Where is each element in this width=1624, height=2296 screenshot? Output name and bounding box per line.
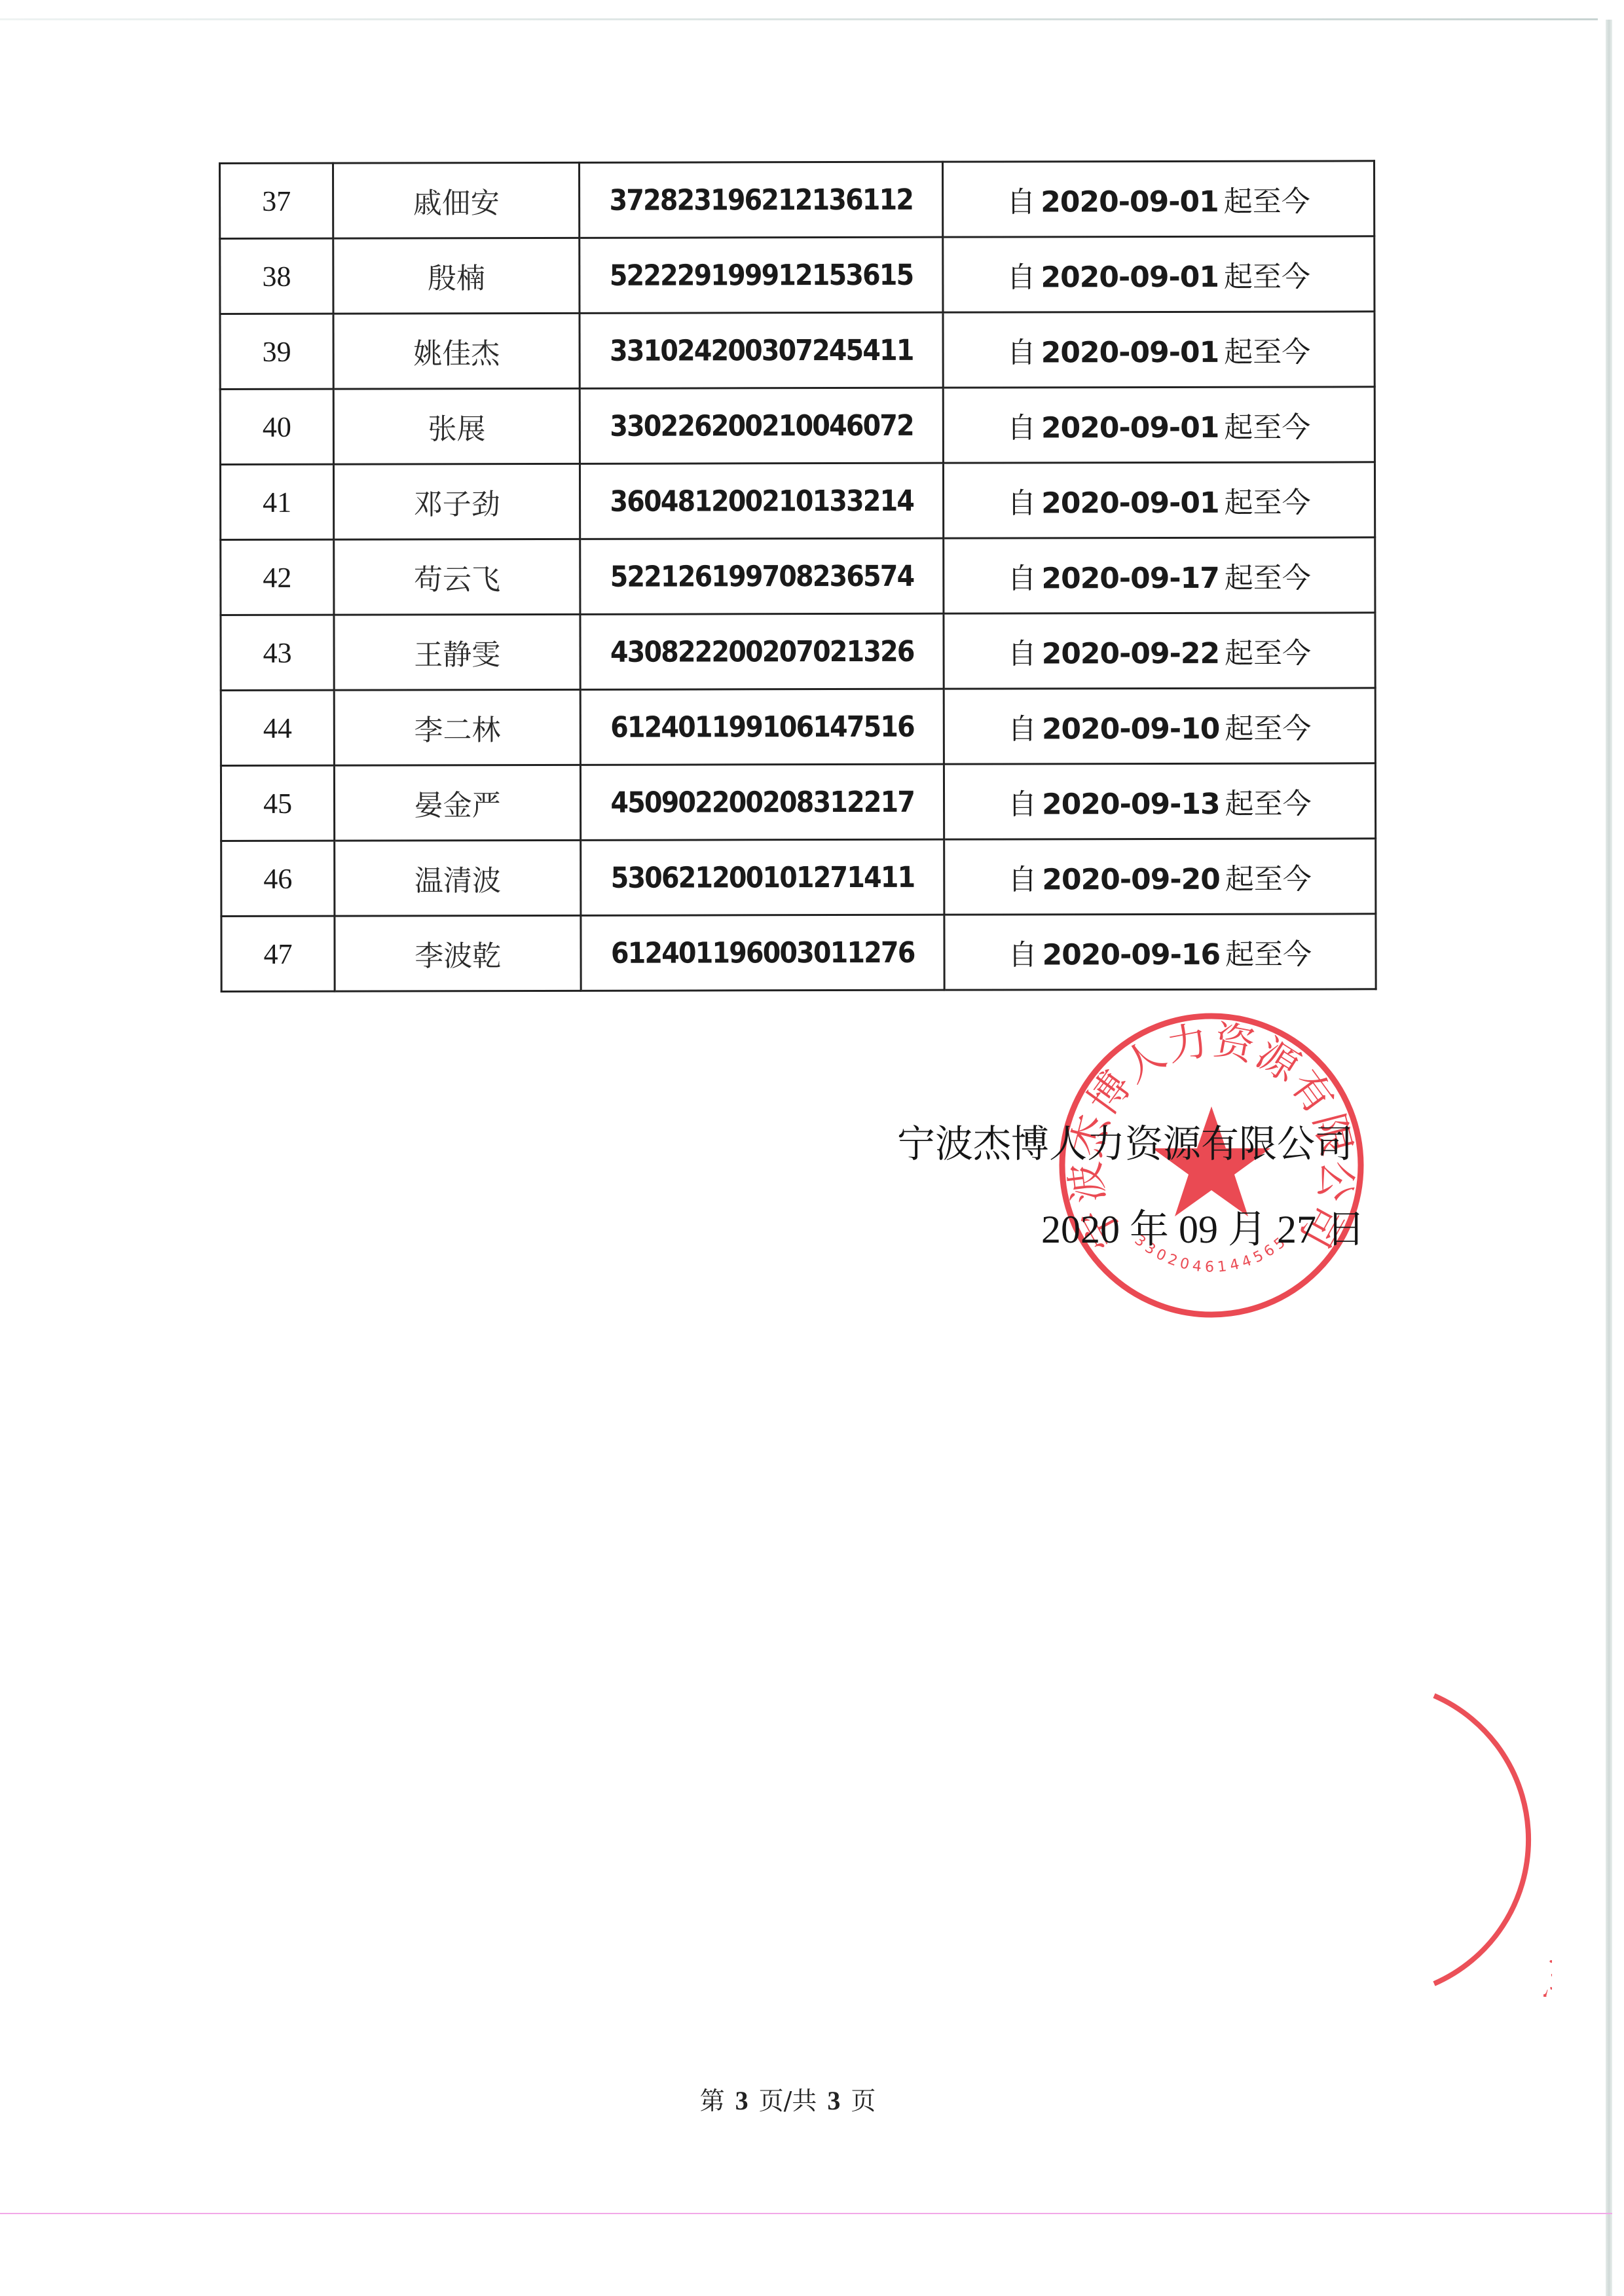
footer-middle: 页/共 xyxy=(759,2086,817,2115)
employee-table: 37 戚佃安 372823196212136112 自2020-09-01起至今… xyxy=(219,160,1377,993)
total-pages: 3 xyxy=(827,2086,840,2115)
employee-name: 邓子劲 xyxy=(334,464,580,539)
current-page: 3 xyxy=(735,2086,748,2115)
footer-suffix: 页 xyxy=(851,2086,876,2115)
id-number: 330226200210046072 xyxy=(598,388,925,464)
scan-edge-right xyxy=(1606,20,1612,2296)
id-number: 612401199106147516 xyxy=(599,689,925,765)
employee-name: 姚佳杰 xyxy=(333,313,580,389)
id-number: 450902200208312217 xyxy=(599,764,925,840)
table-row: 47 李波乾 612401196003011276 自2020-09-16起至今 xyxy=(221,914,1376,992)
table-row: 44 李二林 612401199106147516 自2020-09-10起至今 xyxy=(221,688,1375,766)
table-row: 42 苟云飞 522126199708236574 自2020-09-17起至今 xyxy=(221,538,1375,615)
employee-name: 张展 xyxy=(333,388,580,464)
id-number: 360481200210133214 xyxy=(598,463,925,539)
employee-name: 王静雯 xyxy=(334,614,580,690)
scan-edge-top xyxy=(0,18,1598,20)
table-row: 40 张展 330226200210046072 自2020-09-01起至今 xyxy=(220,387,1375,465)
table-row: 46 温清波 530621200101271411 自2020-09-20起至今 xyxy=(221,839,1376,917)
employment-period: 自2020-09-01起至今 xyxy=(942,161,1375,237)
row-number: 37 xyxy=(220,163,333,238)
employment-period: 自2020-09-01起至今 xyxy=(942,236,1375,312)
signature-date: 2020 年 09 月 27 日 xyxy=(1041,1198,1365,1254)
row-number: 47 xyxy=(221,916,335,991)
row-number: 44 xyxy=(221,690,334,765)
employment-period: 自2020-09-01起至今 xyxy=(943,312,1375,388)
employment-period: 自2020-09-22起至今 xyxy=(944,613,1376,689)
row-number: 43 xyxy=(221,615,334,690)
id-number: 522126199708236574 xyxy=(599,538,925,614)
employee-name: 温清波 xyxy=(335,840,581,916)
table-row: 38 殷楠 522229199912153615 自2020-09-01起至今 xyxy=(220,236,1375,314)
company-name: 宁波杰博人力资源有限公司 xyxy=(897,1113,1353,1168)
row-number: 42 xyxy=(221,539,334,615)
footer-prefix: 第 xyxy=(700,2086,725,2115)
row-number: 41 xyxy=(220,464,333,539)
id-number: 522229199912153615 xyxy=(598,237,925,313)
row-number: 40 xyxy=(220,389,333,464)
employment-period: 自2020-09-17起至今 xyxy=(943,538,1375,613)
id-number: 331024200307245411 xyxy=(598,312,925,388)
employment-period: 自2020-09-01起至今 xyxy=(943,387,1375,463)
employment-period: 自2020-09-10起至今 xyxy=(944,688,1376,764)
scan-artifact-line xyxy=(0,2213,1612,2214)
partial-seal-stamp: 有限公司 xyxy=(1414,1689,1552,1997)
employee-name: 李二林 xyxy=(334,689,580,765)
id-number: 430822200207021326 xyxy=(599,613,925,689)
row-number: 46 xyxy=(221,841,335,916)
id-number: 372823196212136112 xyxy=(597,162,924,238)
row-number: 45 xyxy=(221,765,334,841)
employee-name: 戚佃安 xyxy=(333,162,580,238)
employment-period: 自2020-09-20起至今 xyxy=(944,839,1376,915)
row-number: 39 xyxy=(220,314,333,389)
table-row: 41 邓子劲 360481200210133214 自2020-09-01起至今 xyxy=(220,462,1375,540)
table-row: 37 戚佃安 372823196212136112 自2020-09-01起至今 xyxy=(220,161,1375,239)
table-row: 39 姚佳杰 331024200307245411 自2020-09-01起至今 xyxy=(220,312,1375,390)
row-number: 38 xyxy=(220,238,333,314)
employee-name: 苟云飞 xyxy=(334,539,580,615)
id-number: 612401196003011276 xyxy=(599,915,926,991)
employment-period: 自2020-09-01起至今 xyxy=(943,462,1375,538)
svg-text:有限公司: 有限公司 xyxy=(1536,1858,1552,1997)
employment-period: 自2020-09-16起至今 xyxy=(944,914,1376,990)
employment-period: 自2020-09-13起至今 xyxy=(944,763,1376,839)
page-footer: 第3页/共3页 xyxy=(0,2081,1576,2117)
employee-name: 李波乾 xyxy=(335,915,581,991)
employee-name: 殷楠 xyxy=(333,238,580,314)
employee-name: 晏金严 xyxy=(335,765,581,841)
table-row: 45 晏金严 450902200208312217 自2020-09-13起至今 xyxy=(221,763,1375,841)
id-number: 530621200101271411 xyxy=(599,839,926,915)
table-row: 43 王静雯 430822200207021326 自2020-09-22起至今 xyxy=(221,613,1375,691)
